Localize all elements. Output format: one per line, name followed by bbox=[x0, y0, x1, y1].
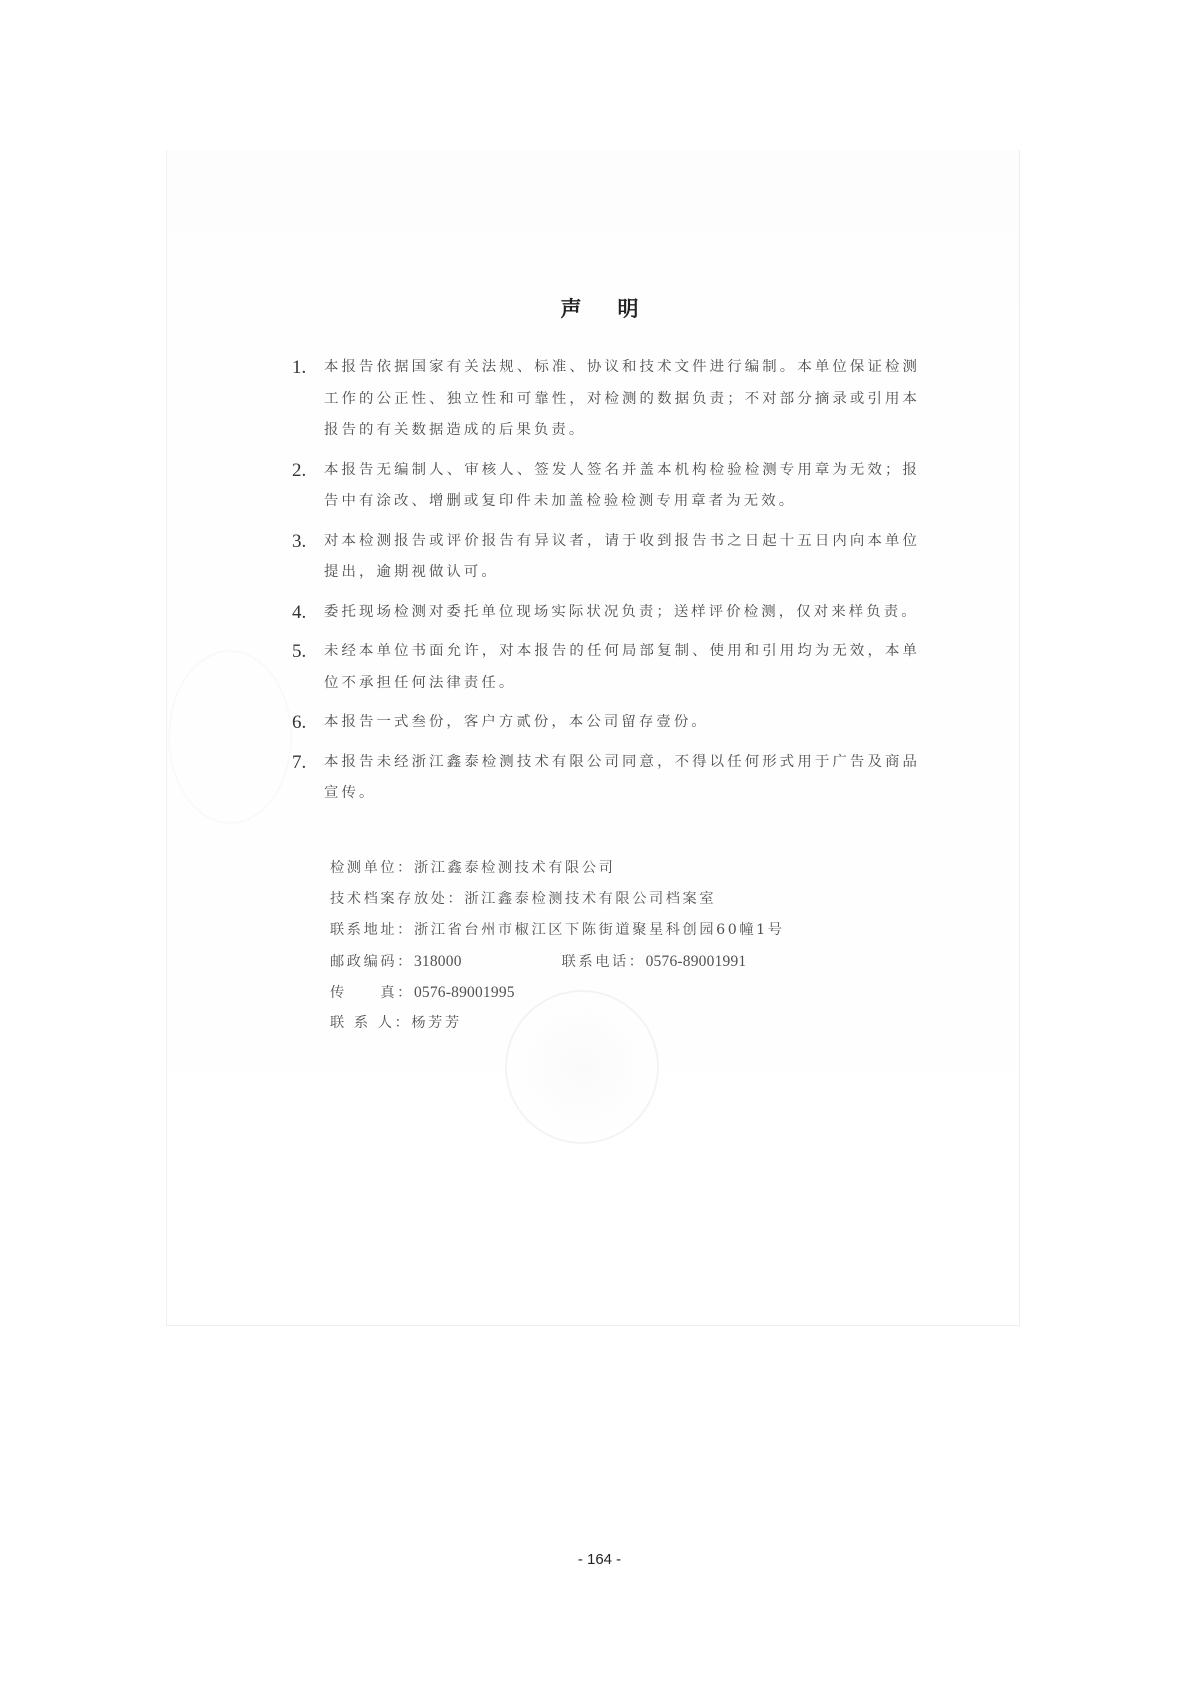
item-number: 5. bbox=[292, 636, 306, 668]
archive-row: 技术档案存放处：浙江鑫泰检测技术有限公司档案室 bbox=[330, 884, 785, 915]
page-number: - 164 - bbox=[0, 1551, 1199, 1568]
declaration-item: 2. 本报告无编制人、审核人、签发人签名并盖本机构检验检测专用章为无效；报告中有… bbox=[292, 455, 932, 518]
item-number: 2. bbox=[292, 455, 306, 487]
item-text: 本报告依据国家有关法规、标准、协议和技术文件进行编制。本单位保证检测工作的公正性… bbox=[324, 352, 920, 447]
postcode-phone-row: 邮政编码：318000联系电话：0576-89001991 bbox=[330, 946, 785, 977]
phone-label: 联系电话： bbox=[562, 954, 646, 970]
contact-info-block: 检测单位：浙江鑫泰检测技术有限公司 技术档案存放处：浙江鑫泰检测技术有限公司档案… bbox=[330, 853, 785, 1039]
contact-person-row: 联 系 人：杨芳芳 bbox=[330, 1008, 785, 1039]
item-number: 7. bbox=[292, 747, 306, 779]
item-text: 未经本单位书面允许，对本报告的任何局部复制、使用和引用均为无效，本单位不承担任何… bbox=[324, 636, 920, 699]
declaration-item: 3. 对本检测报告或评价报告有异议者，请于收到报告书之日起十五日内向本单位提出，… bbox=[292, 526, 932, 589]
item-text: 本报告一式叁份，客户方贰份，本公司留存壹份。 bbox=[324, 707, 920, 739]
declaration-list: 1. 本报告依据国家有关法规、标准、协议和技术文件进行编制。本单位保证检测工作的… bbox=[292, 352, 932, 818]
item-number: 1. bbox=[292, 352, 306, 384]
item-text: 本报告未经浙江鑫泰检测技术有限公司同意，不得以任何形式用于广告及商品宣传。 bbox=[324, 747, 920, 810]
item-text: 对本检测报告或评价报告有异议者，请于收到报告书之日起十五日内向本单位提出，逾期视… bbox=[324, 526, 920, 589]
declaration-item: 6. 本报告一式叁份，客户方贰份，本公司留存壹份。 bbox=[292, 707, 932, 739]
address-value: 浙江省台州市椒江区下陈街道聚星科创园60幢1号 bbox=[414, 922, 785, 938]
testing-unit-value: 浙江鑫泰检测技术有限公司 bbox=[414, 860, 615, 876]
testing-unit-row: 检测单位：浙江鑫泰检测技术有限公司 bbox=[330, 853, 785, 884]
fax-value: 0576-89001995 bbox=[414, 984, 515, 1001]
archive-value: 浙江鑫泰检测技术有限公司档案室 bbox=[464, 891, 716, 907]
contact-person-label: 联 系 人： bbox=[330, 1015, 411, 1031]
item-number: 6. bbox=[292, 707, 306, 739]
item-text: 本报告无编制人、审核人、签发人签名并盖本机构检验检测专用章为无效；报告中有涂改、… bbox=[324, 455, 920, 518]
archive-label: 技术档案存放处： bbox=[330, 891, 464, 907]
address-row: 联系地址：浙江省台州市椒江区下陈街道聚星科创园60幢1号 bbox=[330, 915, 785, 946]
item-number: 3. bbox=[292, 526, 306, 558]
declaration-item: 7. 本报告未经浙江鑫泰检测技术有限公司同意，不得以任何形式用于广告及商品宣传。 bbox=[292, 747, 932, 810]
declaration-item: 4. 委托现场检测对委托单位现场实际状况负责；送样评价检测，仅对来样负责。 bbox=[292, 597, 932, 629]
item-number: 4. bbox=[292, 597, 306, 629]
testing-unit-label: 检测单位： bbox=[330, 860, 414, 876]
page-title: 声明 bbox=[0, 293, 1199, 323]
postcode-value: 318000 bbox=[414, 953, 462, 970]
declaration-item: 1. 本报告依据国家有关法规、标准、协议和技术文件进行编制。本单位保证检测工作的… bbox=[292, 352, 932, 447]
phone-value: 0576-89001991 bbox=[646, 953, 747, 970]
declaration-item: 5. 未经本单位书面允许，对本报告的任何局部复制、使用和引用均为无效，本单位不承… bbox=[292, 636, 932, 699]
fax-row: 传 真：0576-89001995 bbox=[330, 977, 785, 1008]
contact-person-value: 杨芳芳 bbox=[411, 1015, 461, 1031]
fax-label: 传 真： bbox=[330, 985, 414, 1001]
postcode-label: 邮政编码： bbox=[330, 954, 414, 970]
item-text: 委托现场检测对委托单位现场实际状况负责；送样评价检测，仅对来样负责。 bbox=[324, 597, 920, 629]
address-label: 联系地址： bbox=[330, 922, 414, 938]
faint-seal-stamp-left bbox=[168, 650, 292, 824]
